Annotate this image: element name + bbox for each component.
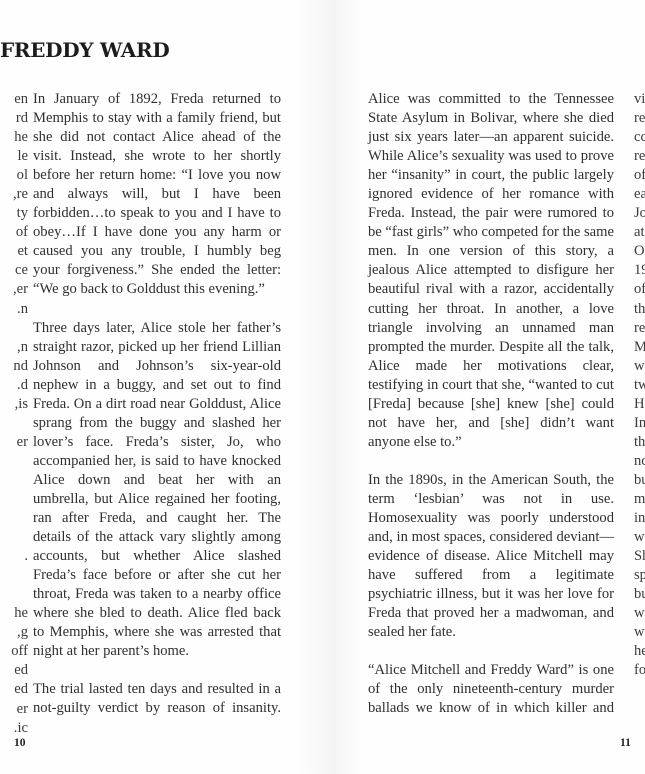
- cropped-line-fragment: er: [0, 433, 28, 452]
- cropped-line-fragment: [0, 319, 28, 338]
- cropped-line-fragment: bu: [634, 585, 645, 604]
- paragraph: Three days later, Alice stole her father…: [33, 319, 281, 662]
- cropped-line-fragment: n.: [0, 300, 28, 319]
- cropped-line-fragment: [0, 566, 28, 585]
- cropped-line-fragment: th: [634, 433, 645, 452]
- book-spine-gutter: [300, 0, 360, 774]
- cropped-line-fragment: th: [634, 300, 645, 319]
- cropped-line-fragment: et: [0, 242, 28, 261]
- cropped-line-fragment: he: [0, 604, 28, 623]
- cropped-line-fragment: ed: [0, 661, 28, 680]
- cropped-line-fragment: d.: [0, 376, 28, 395]
- cropped-line-fragment: w: [634, 357, 645, 376]
- cropped-line-fragment: sp: [634, 566, 645, 585]
- cropped-line-fragment: M: [634, 338, 645, 357]
- cropped-line-fragment: of: [634, 166, 645, 185]
- cropped-line-fragment: [0, 528, 28, 547]
- cropped-line-fragment: nc: [634, 452, 645, 471]
- cropped-line-fragment: ol: [0, 166, 28, 185]
- page-number-left: 10: [14, 737, 26, 749]
- cropped-line-fragment: 19: [634, 261, 645, 280]
- left-page-cropped-column: enrdheleolre,tyofetceer,n.n,ndd.is,er.he…: [0, 90, 28, 738]
- cropped-line-fragment: O: [634, 242, 645, 261]
- cropped-line-fragment: off: [0, 642, 28, 661]
- cropped-line-fragment: rd: [0, 109, 28, 128]
- cropped-line-fragment: cc: [634, 128, 645, 147]
- cropped-line-fragment: Jo: [634, 204, 645, 223]
- cropped-line-fragment: ed: [0, 680, 28, 699]
- cropped-line-fragment: bu: [634, 471, 645, 490]
- cropped-line-fragment: fo: [634, 661, 645, 680]
- cropped-line-fragment: re: [634, 109, 645, 128]
- paragraph: The trial lasted ten days and resulted i…: [33, 680, 281, 718]
- cropped-line-fragment: is,: [0, 395, 28, 414]
- cropped-line-fragment: .: [0, 547, 28, 566]
- right-page-cropped-column: vireccreofeaJoatO19ofthreMwtwHInthncbumi…: [634, 90, 645, 680]
- cropped-line-fragment: at: [634, 223, 645, 242]
- right-page-column: Alice was committed to the Tennessee Sta…: [368, 90, 614, 737]
- cropped-line-fragment: n,: [0, 338, 28, 357]
- cropped-line-fragment: H: [634, 395, 645, 414]
- cropped-line-fragment: m: [634, 490, 645, 509]
- cropped-line-fragment: ic.: [0, 719, 28, 738]
- left-page-column: In January of 1892, Freda returned to Me…: [33, 90, 281, 737]
- cropped-line-fragment: re: [634, 319, 645, 338]
- cropped-line-fragment: [0, 414, 28, 433]
- cropped-line-fragment: he: [0, 128, 28, 147]
- cropped-line-fragment: ce: [0, 261, 28, 280]
- cropped-line-fragment: tw: [634, 376, 645, 395]
- cropped-line-fragment: ea: [634, 185, 645, 204]
- cropped-line-fragment: [0, 585, 28, 604]
- cropped-line-fragment: re,: [0, 185, 28, 204]
- cropped-line-fragment: ty: [0, 204, 28, 223]
- cropped-line-fragment: vi: [634, 90, 645, 109]
- chapter-heading: FREDDY WARD: [0, 38, 169, 62]
- paragraph: In the 1890s, in the American South, the…: [368, 471, 614, 642]
- cropped-line-fragment: In: [634, 414, 645, 433]
- cropped-line-fragment: [0, 471, 28, 490]
- cropped-line-fragment: of: [634, 280, 645, 299]
- cropped-line-fragment: [0, 490, 28, 509]
- cropped-line-fragment: g,: [0, 623, 28, 642]
- cropped-line-fragment: he: [634, 642, 645, 661]
- cropped-line-fragment: nd: [0, 357, 28, 376]
- cropped-line-fragment: w: [634, 604, 645, 623]
- cropped-line-fragment: er,: [0, 280, 28, 299]
- cropped-line-fragment: of: [0, 223, 28, 242]
- paragraph: In January of 1892, Freda returned to Me…: [33, 90, 281, 300]
- cropped-line-fragment: w: [634, 528, 645, 547]
- cropped-line-fragment: Sh: [634, 547, 645, 566]
- cropped-line-fragment: er: [0, 700, 28, 719]
- cropped-line-fragment: le: [0, 147, 28, 166]
- paragraph: “Alice Mitchell and Freddy Ward” is one …: [368, 661, 614, 718]
- cropped-line-fragment: in: [634, 509, 645, 528]
- cropped-line-fragment: w: [634, 623, 645, 642]
- cropped-line-fragment: en: [0, 90, 28, 109]
- cropped-line-fragment: re: [634, 147, 645, 166]
- cropped-line-fragment: [0, 452, 28, 471]
- page-number-right: 11: [620, 737, 631, 749]
- paragraph: Alice was committed to the Tennessee Sta…: [368, 90, 614, 452]
- cropped-line-fragment: [0, 509, 28, 528]
